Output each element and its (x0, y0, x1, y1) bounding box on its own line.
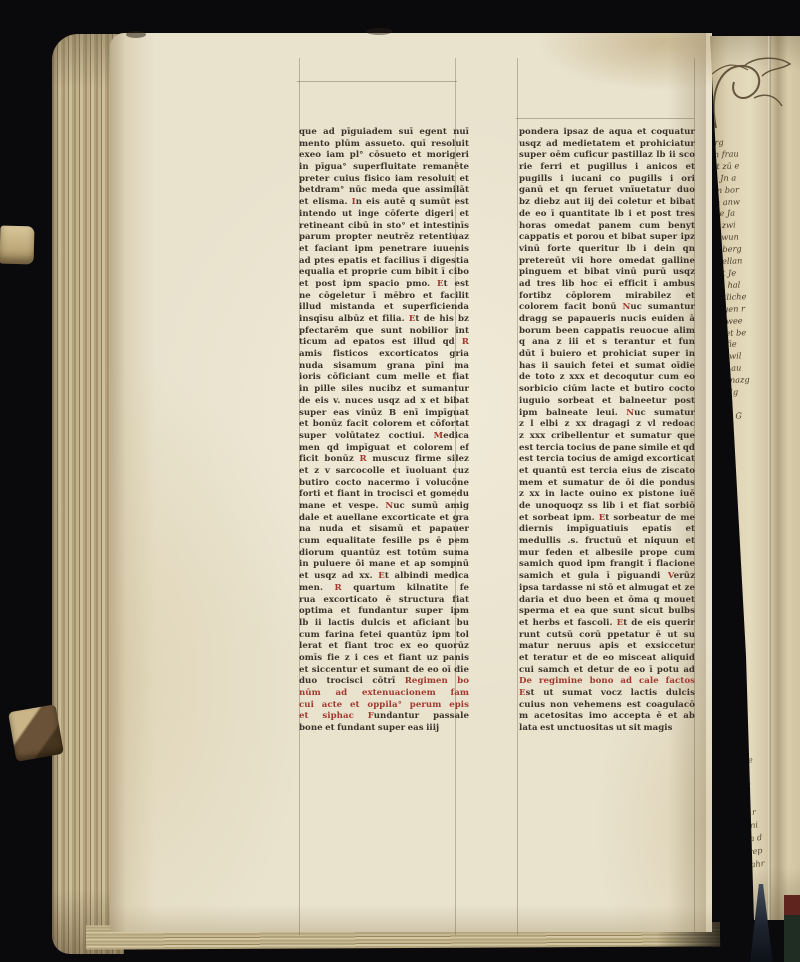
rubric-text: N (626, 408, 634, 418)
ink-text: uc sumū amig (393, 501, 469, 511)
manuscript-line: z xx in lacte ouino ex pistone iuē (519, 489, 695, 501)
ink-text: insqīsu albūz et filia. (299, 314, 409, 324)
manuscript-line: amis fisticos excorticatos gria (299, 349, 469, 361)
ink-text: pugills i iucani co pugills i ori (519, 174, 695, 184)
ink-text: super oēm cuficur pastillaz lb ii sco (519, 150, 695, 160)
manuscript-line: de eo ī quantitate lb i et post tres (519, 209, 695, 221)
ink-text: est tercia tocius de pane simile et qd (519, 443, 695, 453)
manuscript-line: ganū et qn feruet vnīuetatur duo (519, 185, 695, 197)
ink-text: diernis impīguatiuis epatis et (519, 524, 695, 534)
ink-text: colorem facit bonū (519, 302, 622, 312)
manuscript-line: cum farina fetei quantūz ipm tol (299, 630, 469, 642)
ink-text: de eo ī quantitate lb i et post tres (519, 209, 695, 219)
manuscript-line: ipsa tardasse ni stō et almugat et ze (519, 583, 695, 595)
manuscript-line: diorum quantūz est totūm suma (299, 548, 469, 560)
manuscript-line: de eis v. nuces usqz ad x et bibat (299, 396, 469, 408)
ink-text: retineant cibū in sto° et intestinīs (299, 221, 469, 231)
marginalia-top: Burgban fraustet zū egib Jn avom borvon … (703, 135, 800, 424)
ink-text: ganū et qn feruet vnīuetatur duo (519, 185, 695, 195)
ink-text: de toto z xxx et decoqutur cum eo (519, 372, 695, 382)
manuscript-line: men qd impīguat et colorem ef (299, 443, 469, 455)
manuscript-line: na nuda et sisamū et papauer (299, 524, 469, 536)
ink-text: q ana z iii et s terantur et fun (519, 337, 695, 347)
ink-text: undantur passale (374, 711, 469, 721)
ink-text: ad ptes epatis et facilius ī digestia (299, 256, 469, 266)
rubric-text: E (378, 571, 385, 581)
manuscript-line: et herbs et fascoli. Et de eis querir (519, 618, 695, 630)
manuscript-line: duo trocisci cōtrī Regimen bo (299, 676, 469, 688)
manuscript-line: lerat et fiant troc ex eo quorūz (299, 641, 469, 653)
ink-text: medullis .s. fructuū et niquun et (519, 536, 695, 546)
ink-text: rie ferri et pugillus i anicos et (519, 162, 695, 172)
manuscript-line: ad tres lib hoc eī efficit ī ambus (519, 279, 695, 291)
ink-text: forti et fiant in trocisci et gomedu (299, 489, 469, 499)
ink-text: usqz ad medietatem et prohiciatur (519, 139, 695, 149)
manuscript-line: fortibz cōplorem mirabilez et (519, 291, 695, 303)
manuscript-line: q ana z iii et s terantur et fun (519, 337, 695, 349)
ink-text: pretereūt vii hore omedat galline (519, 256, 695, 266)
manuscript-line: et faciant ipm penetrare iuuenis (299, 244, 469, 256)
ink-text: lb ii lactis dulcis et aficiant bu (299, 618, 469, 628)
edge-smudge (126, 31, 146, 38)
manuscript-line: samich quod ipm frangit ī flacione (519, 559, 695, 571)
ink-text: mento plūm assueto. quī resoluit (299, 139, 469, 149)
ink-text: in pīgua° superfluitate remanēte (299, 162, 469, 172)
rubric-text: De regimine bono ad cale factos (519, 676, 695, 686)
ink-text: et bonūz facit colorem et cōfortat (299, 419, 469, 429)
manuscript-line: butiro cocto nacermo ī volucōne (299, 478, 469, 490)
ink-text: mem et sumatur de ōi die pondus (519, 478, 695, 488)
manuscript-line: ne cōgeletur ī mēbro et facilit (299, 291, 469, 303)
ink-text: et elisma. (299, 197, 352, 207)
manuscript-line: retineant cibū in sto° et intestinīs (299, 221, 469, 233)
manuscript-line: bone et fundant super eas iiij (299, 723, 469, 735)
manuscript-line: et usqz ad xx. Et albindi medica (299, 571, 469, 583)
ink-text: et quantū est tercia eius de ziscato sol… (519, 466, 695, 478)
ink-text: z xxx cribellentur et sumatur que (519, 431, 695, 441)
manuscript-line: sorbicio ciūm lacte et butiro cocto et (519, 384, 695, 396)
ink-text: ficit bonūz (299, 454, 360, 464)
ink-text: equalia et proprie cum bibit ī cibo (299, 267, 469, 277)
rubric-text: R (335, 583, 342, 593)
manuscript-line: ticum ad epatos est illud qd R (299, 337, 469, 349)
manuscript-line: super eas vinūz B enī impīguat (299, 408, 469, 420)
manuscript-line: pretereūt vii hore omedat galline (519, 256, 695, 268)
ink-text: ne cōgeletur ī mēbro et facilit (299, 291, 469, 301)
bookmark-tab-lower (8, 704, 64, 762)
ink-text: et siccentur et sumant de eo oī die (299, 665, 469, 675)
manuscript-line: diernis impīguatiuis epatis et (519, 524, 695, 536)
manuscript-line: iuguio sorbeat et balneetur post (519, 396, 695, 408)
bookmark-tab-upper (0, 226, 34, 265)
ruling-line-horizontal (297, 81, 457, 82)
manuscript-line: et post ipm spacio pmo. Et est notāz (299, 279, 469, 291)
manuscript-line: cui samch et detur de eo ī potu ad (519, 665, 695, 677)
manuscript-line: z l elbi z xx dragagi z vl redoac (519, 419, 695, 431)
ink-text: ipm balneate leui. (519, 408, 626, 418)
manuscript-line: pinguem et bibat vinū purū usqz (519, 267, 695, 279)
ink-text: mane et vespe. (299, 501, 385, 511)
ink-text: cum equalitate fesille ps ē pem (299, 536, 469, 546)
ink-text: que ad pīguiadem suī egent nuī (299, 127, 469, 137)
manuscript-line: illud mistanda et superficienda sicut (299, 302, 469, 314)
manuscript-line: dale et auellane excorticate et gra (299, 513, 469, 525)
ink-text: et post ipm spacio pmo. (299, 279, 437, 289)
ink-text: matur neruus apis et exsiccetur (519, 641, 695, 651)
ink-text: men qd impīguat et colorem ef (299, 443, 469, 453)
ink-text: borum been cappatis reuocue alim (519, 326, 695, 336)
manuscript-line: has ii sauich fetei et sumat oīdie (519, 361, 695, 373)
rubric-text: E (437, 279, 444, 289)
manuscript-line: que ad pīguiadem suī egent nuī (299, 127, 469, 139)
ink-text: na nuda et sisamū et papauer (299, 524, 469, 534)
ink-text: rua excorticato ē structura fiat (299, 595, 469, 605)
text-column-right: pondera ipsaz de aqua et coquaturusqz ad… (519, 127, 695, 735)
ink-text: pfectarēm que sunt nobilior int (299, 326, 469, 336)
ink-text: st ut sumat vocz lactis dulcis (526, 688, 695, 698)
ink-text: vinū forte queritur lb i dein qn (519, 244, 695, 254)
ink-text: de eis v. nuces usqz ad x et bibat (299, 396, 469, 406)
ink-text: et usqz ad xx. (299, 571, 378, 581)
manuscript-line: daria et duo been et ōma q mouet (519, 595, 695, 607)
manuscript-line: forti et fiant in trocisci et gomedu (299, 489, 469, 501)
manuscript-line: et bonūz facit colorem et cōfortat (299, 419, 469, 431)
ink-text: butiro cocto nacermo ī volucōne (299, 478, 469, 488)
manuscript-line: medullis .s. fructuū et niquun et (519, 536, 695, 548)
ink-text: et herbs et fascoli. (519, 618, 617, 628)
manuscript-line: rua excorticato ē structura fiat (299, 595, 469, 607)
manuscript-line: colorem facit bonū Nuc sumantur (519, 302, 695, 314)
manuscript-line: cappatis et porou et bibat super ipz (519, 232, 695, 244)
rubric-text: cui acte et oppila° perum epis (299, 700, 469, 710)
ink-text: dragg se papaueris nucis euiden ā (519, 314, 695, 324)
ink-text: n eis autē q sumūt est (356, 197, 469, 207)
manuscript-line: bz diebz aut iij deī coletur et bibat (519, 197, 695, 209)
ink-text: ioris cōficiant cum melle et fiat (299, 372, 469, 382)
rubric-text: Regimen bo (405, 676, 469, 686)
ink-text: edica (443, 431, 469, 441)
ink-text: de unoquoqz ss lib i et fiat sorbiō (519, 501, 695, 511)
ink-text: bone et fundant super eas iiij (299, 723, 439, 733)
ink-text: muscuz firme silez (367, 454, 469, 464)
ink-text: has ii sauich fetei et sumat oīdie (519, 361, 695, 371)
manuscript-line: matur neruus apis et exsiccetur (519, 641, 695, 653)
next-leaf-edge: Burgban fraustet zū egib Jn avom borvon … (702, 36, 800, 920)
ink-text: lerat et fiant troc ex eo quorūz (299, 641, 469, 651)
ink-text: samich et gula ī pīguandi (519, 571, 668, 581)
ink-text: mur feden et albesile prope cum (519, 548, 695, 558)
manuscript-line: vinū forte queritur lb i dein qn (519, 244, 695, 256)
manuscript-line: samich et gula ī pīguandi Verūz (519, 571, 695, 583)
ink-text: z xx in lacte ouino ex pistone iuē (519, 489, 695, 499)
manuscript-line: ioris cōficiant cum melle et fiat (299, 372, 469, 384)
manuscript-line: de unoquoqz ss lib i et fiat sorbiō (519, 501, 695, 513)
manuscript-line: pugills i iucani co pugills i ori (519, 174, 695, 186)
ink-text: illud mistanda et superficienda sicut (299, 302, 469, 314)
manuscript-line: mento plūm assueto. quī resoluit (299, 139, 469, 151)
manuscript-line: et sorbeat ipm. Et sorbeatur de me (519, 513, 695, 525)
manuscript-line: ipm balneate leui. Nuc sumatur (519, 408, 695, 420)
ink-text: uc sumantur (630, 302, 695, 312)
ink-text: et z v sarcocolle et īuoluant cuz (299, 466, 469, 476)
ink-text: cappatis et porou et bibat super ipz (519, 232, 695, 242)
manuscript-line: m acetositas imo accepta ē et ab (519, 711, 695, 723)
ink-text: men. (299, 583, 335, 593)
ink-text: fortibz cōplorem mirabilez et (519, 291, 695, 301)
manuscript-line: et teratur et de eo misceat aliquid (519, 653, 695, 665)
manuscript-line: dragg se papaueris nucis euiden ā (519, 314, 695, 326)
manuscript-line: horas omedat panem cum benyt (519, 221, 695, 233)
ink-text: in pille siles nucibz et sumantur (299, 384, 469, 394)
manuscript-line: et z v sarcocolle et īuoluant cuz (299, 466, 469, 478)
manuscript-line: equalia et proprie cum bibit ī cibo (299, 267, 469, 279)
ink-text: ticum ad epatos est illud qd (299, 337, 462, 347)
manuscript-line: de toto z xxx et decoqutur cum eo (519, 372, 695, 384)
manuscript-line: optima et fundantur super ipm (299, 606, 469, 618)
ink-text: t de his bz (415, 314, 469, 324)
manuscript-line: De regimine bono ad cale factos (519, 676, 695, 688)
manuscript-line: Est ut sumat vocz lactis dulcis (519, 688, 695, 700)
manuscript-line: cum equalitate fesille ps ē pem (299, 536, 469, 548)
ink-text: ad tres lib hoc eī efficit ī ambus (519, 279, 695, 289)
ink-text: diorum quantūz est totūm suma (299, 548, 469, 558)
manuscript-line: et quantū est tercia eius de ziscato sol… (519, 466, 695, 478)
ink-text: parum propter neutrēz retentiuaz (299, 232, 469, 242)
ink-text: lata est unctuositas ut sit magis (519, 723, 672, 733)
manuscript-line: exeo iam pl° cōsueto et morigeri (299, 150, 469, 162)
manuscript-line: omīs fie z i ces et fiant uz panis (299, 653, 469, 665)
manuscript-line: et elisma. In eis autē q sumūt est (299, 197, 469, 209)
manuscript-line: in pille siles nucibz et sumantur (299, 384, 469, 396)
text-column-left: que ad pīguiadem suī egent nuīmento plūm… (299, 127, 469, 735)
ink-text: est tercia tocius de amigd excorticat (519, 454, 695, 464)
rubric-text: M (434, 431, 444, 441)
manuscript-line: usqz ad medietatem et prohiciatur (519, 139, 695, 151)
manuscript-line: insqīsu albūz et filia. Et de his bz (299, 314, 469, 326)
manuscript-line: lata est unctuositas ut sit magis (519, 723, 695, 735)
ink-text: sperma et ea que sunt sicut bulbs (519, 606, 695, 616)
manuscript-photo: que ad pīguiadem suī egent nuīmento plūm… (0, 0, 800, 962)
manuscript-line: rie ferri et pugillus i anicos et (519, 162, 695, 174)
ink-text: pinguem et bibat vinū purū usqz (519, 267, 695, 277)
ink-text: et sorbeat ipm. (519, 513, 599, 523)
ink-text: cum farina fetei quantūz ipm tol (299, 630, 469, 640)
manuscript-line: in puluere ōi mane et ap sompnū (299, 559, 469, 571)
binding-red-patch (784, 895, 800, 917)
ink-text: cui samch et detur de eo ī potu ad (519, 665, 695, 675)
rubric-text: R (462, 337, 469, 347)
manuscript-line: nūm ad extenuacionem fam (299, 688, 469, 700)
ink-text: horas omedat panem cum benyt (519, 221, 695, 231)
ink-text: et faciant ipm penetrare iuuenis (299, 244, 469, 254)
ink-text: runt cutsū corū ppetatur ē ut su (519, 630, 695, 640)
rubric-text: E (519, 688, 526, 698)
ink-text: betdram° nūc meda que assimilāt (299, 185, 469, 195)
manuscript-line: men. R quartum kilnatite fe (299, 583, 469, 595)
manuscript-line: super oēm cuficur pastillaz lb ii sco (519, 150, 695, 162)
manuscript-line: runt cutsū corū ppetatur ē ut su (519, 630, 695, 642)
marginalia-line: puay G (713, 408, 800, 423)
ink-text: super eas vinūz B enī impīguat (299, 408, 469, 418)
manuscript-line: parum propter neutrēz retentiuaz (299, 232, 469, 244)
ink-text: uc sumatur (634, 408, 695, 418)
manuscript-line: ficit bonūz R muscuz firme silez (299, 454, 469, 466)
ink-text: et teratur et de eo misceat aliquid (519, 653, 695, 663)
ink-text: erūz (674, 571, 695, 581)
manuscript-line: intendo ut inge cōferte digeri et (299, 209, 469, 221)
manuscript-line: pondera ipsaz de aqua et coquatur (519, 127, 695, 139)
ink-text: sorbicio ciūm lacte et butiro cocto et (519, 384, 695, 396)
manuscript-line: super volūtatez coctiui. Medica (299, 431, 469, 443)
ink-text: m acetositas imo accepta ē et ab (519, 711, 695, 721)
ink-text: iuguio sorbeat et balneetur post (519, 396, 695, 406)
edge-smudge (366, 28, 392, 35)
ink-text: cuius non vehemens est coagulacō (519, 700, 695, 710)
ink-text: super volūtatez coctiui. (299, 431, 434, 441)
manuscript-line: nuda sisamum grana pīni ma (299, 361, 469, 373)
manuscript-line: preter cuius fisico iam resoluit et (299, 174, 469, 186)
manuscript-line: ad ptes epatis et facilius ī digestia (299, 256, 469, 268)
manuscript-line: mem et sumatur de ōi die pondus (519, 478, 695, 490)
marginalia-bottom: Wzvarbonyq lfbuelgolchiklarahin ey vsing… (719, 645, 800, 872)
manuscript-line: borum been cappatis reuocue alim (519, 326, 695, 338)
ink-text: dūt ī buiero et prohiciat super in (519, 349, 695, 359)
manuscript-line: pfectarēm que sunt nobilior int (299, 326, 469, 338)
manuscript-line: sperma et ea que sunt sicut bulbs (519, 606, 695, 618)
ink-text: pondera ipsaz de aqua et coquatur (519, 127, 695, 137)
manuscript-line: et siphac Fundantur passale (299, 711, 469, 723)
manuscript-line: mane et vespe. Nuc sumū amig (299, 501, 469, 513)
ink-text: t albindi medica (385, 571, 469, 581)
manuscript-line: dūt ī buiero et prohiciat super in (519, 349, 695, 361)
manuscript-line: cuius non vehemens est coagulacō (519, 700, 695, 712)
ink-text: optima et fundantur super ipm (299, 606, 469, 616)
ink-text: daria et duo been et ōma q mouet (519, 595, 695, 605)
ink-text: duo trocisci cōtrī (299, 676, 405, 686)
ink-text: in puluere ōi mane et ap sompnū (299, 559, 469, 569)
ink-text: z l elbi z xx dragagi z vl redoac (519, 419, 695, 429)
rubric-text: et siphac (299, 711, 368, 721)
rubric-text: R (360, 454, 367, 464)
ink-text: omīs fie z i ces et fiant uz panis (299, 653, 469, 663)
ink-text: samich quod ipm frangit ī flacione (519, 559, 695, 569)
ink-text: t de eis querir (623, 618, 695, 628)
manuscript-line: in pīgua° superfluitate remanēte (299, 162, 469, 174)
manuscript-line: est tercia tocius de amigd excorticat (519, 454, 695, 466)
calligraphic-flourish-icon (704, 54, 796, 138)
ink-text: nuda sisamum grana pīni ma (299, 361, 469, 371)
manuscript-line: mur feden et albesile prope cum (519, 548, 695, 560)
ink-text: preter cuius fisico iam resoluit et (299, 174, 469, 184)
manuscript-line: et siccentur et sumant de eo oī die (299, 665, 469, 677)
manuscript-line: z xxx cribellentur et sumatur que (519, 431, 695, 443)
ink-text: ipsa tardasse ni stō et almugat et ze (519, 583, 695, 593)
ink-text: dale et auellane excorticate et gra (299, 513, 469, 523)
ink-text: quartum kilnatite fe (342, 583, 469, 593)
manuscript-line: cui acte et oppila° perum epis (299, 700, 469, 712)
ink-text: bz diebz aut iij deī coletur et bibat (519, 197, 695, 207)
manuscript-line: betdram° nūc meda que assimilāt (299, 185, 469, 197)
ink-text: t sorbeatur de me (605, 513, 695, 523)
binding-green-patch (784, 915, 800, 962)
ink-text: exeo iam pl° cōsueto et morigeri (299, 150, 469, 160)
ruling-line-vertical (517, 58, 518, 935)
manuscript-line: est tercia tocius de pane simile et qd (519, 443, 695, 455)
ink-text: amis fisticos excorticatos gria (299, 349, 469, 359)
manuscript-line: lb ii lactis dulcis et aficiant bu (299, 618, 469, 630)
rubric-text: nūm ad extenuacionem fam (299, 688, 469, 698)
ink-text: intendo ut inge cōferte digeri et (299, 209, 469, 219)
